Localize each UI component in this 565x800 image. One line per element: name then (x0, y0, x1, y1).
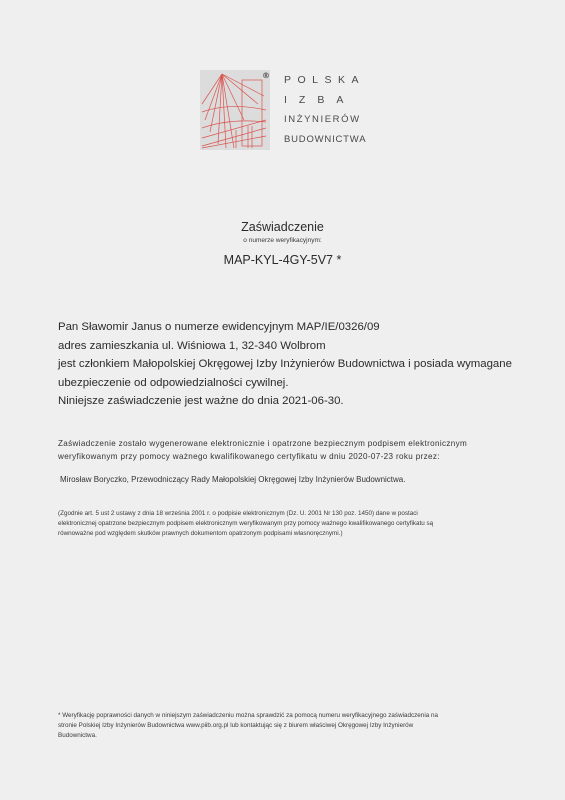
logo-line-izba: IZBA (284, 90, 364, 110)
logo-line-budownictwa: BUDOWNICTWA (284, 130, 364, 150)
body-line-membership: jest członkiem Małopolskiej Okręgowej Iz… (58, 355, 558, 374)
logo-line-polska: POLSKA (284, 70, 364, 90)
body-line-validity: Niniejsze zaświadczenie jest ważne do dn… (58, 392, 558, 411)
body-line-member: Pan Sławomir Janus o numerze ewidencyjny… (58, 318, 558, 337)
legal-note: (Zgodnie art. 5 ust 2 ustawy z dnia 18 w… (58, 509, 563, 539)
legal-line: równoważne pod względem skutków prawnych… (58, 529, 563, 539)
registered-mark: ® (262, 71, 270, 80)
generation-line: Zaświadczenie zostało wygenerowane elekt… (58, 437, 558, 450)
generation-line: weryfikowanym przy pomocy ważnego kwalif… (58, 450, 558, 463)
footnote-line: * Weryfikację poprawności danych w ninie… (58, 711, 563, 721)
body-line-insurance: ubezpieczenie od odpowiedzialności cywil… (58, 374, 558, 393)
verification-code: MAP-KYL-4GY-5V7 * (0, 253, 565, 267)
logo-line-inzynierow: INŻYNIERÓW (284, 110, 364, 130)
generation-statement: Zaświadczenie zostało wygenerowane elekt… (58, 437, 558, 463)
body-line-address: adres zamieszkania ul. Wiśniowa 1, 32-34… (58, 337, 558, 356)
verification-footnote: * Weryfikację poprawności danych w ninie… (58, 711, 563, 741)
footnote-line: stronie Polskiej Izby Inżynierów Budowni… (58, 721, 563, 731)
piib-logo: ® POLSKA IZBA INŻYNIERÓW BUDOWNICTWA (200, 70, 360, 150)
legal-line: (Zgodnie art. 5 ust 2 ustawy z dnia 18 w… (58, 509, 563, 519)
logo-graphic-icon (200, 70, 270, 150)
legal-line: elektronicznej opatrzone bezpiecznym pod… (58, 519, 563, 529)
logo-text: POLSKA IZBA INŻYNIERÓW BUDOWNICTWA (284, 70, 364, 150)
signer: Mirosław Boryczko, Przewodniczący Rady M… (60, 475, 405, 484)
footnote-line: Budownictwa. (58, 731, 563, 741)
document-title: Zaświadczenie (0, 220, 565, 234)
document-subtitle: o numerze weryfikacyjnym: (0, 237, 565, 244)
certificate-body: Pan Sławomir Janus o numerze ewidencyjny… (58, 318, 558, 411)
